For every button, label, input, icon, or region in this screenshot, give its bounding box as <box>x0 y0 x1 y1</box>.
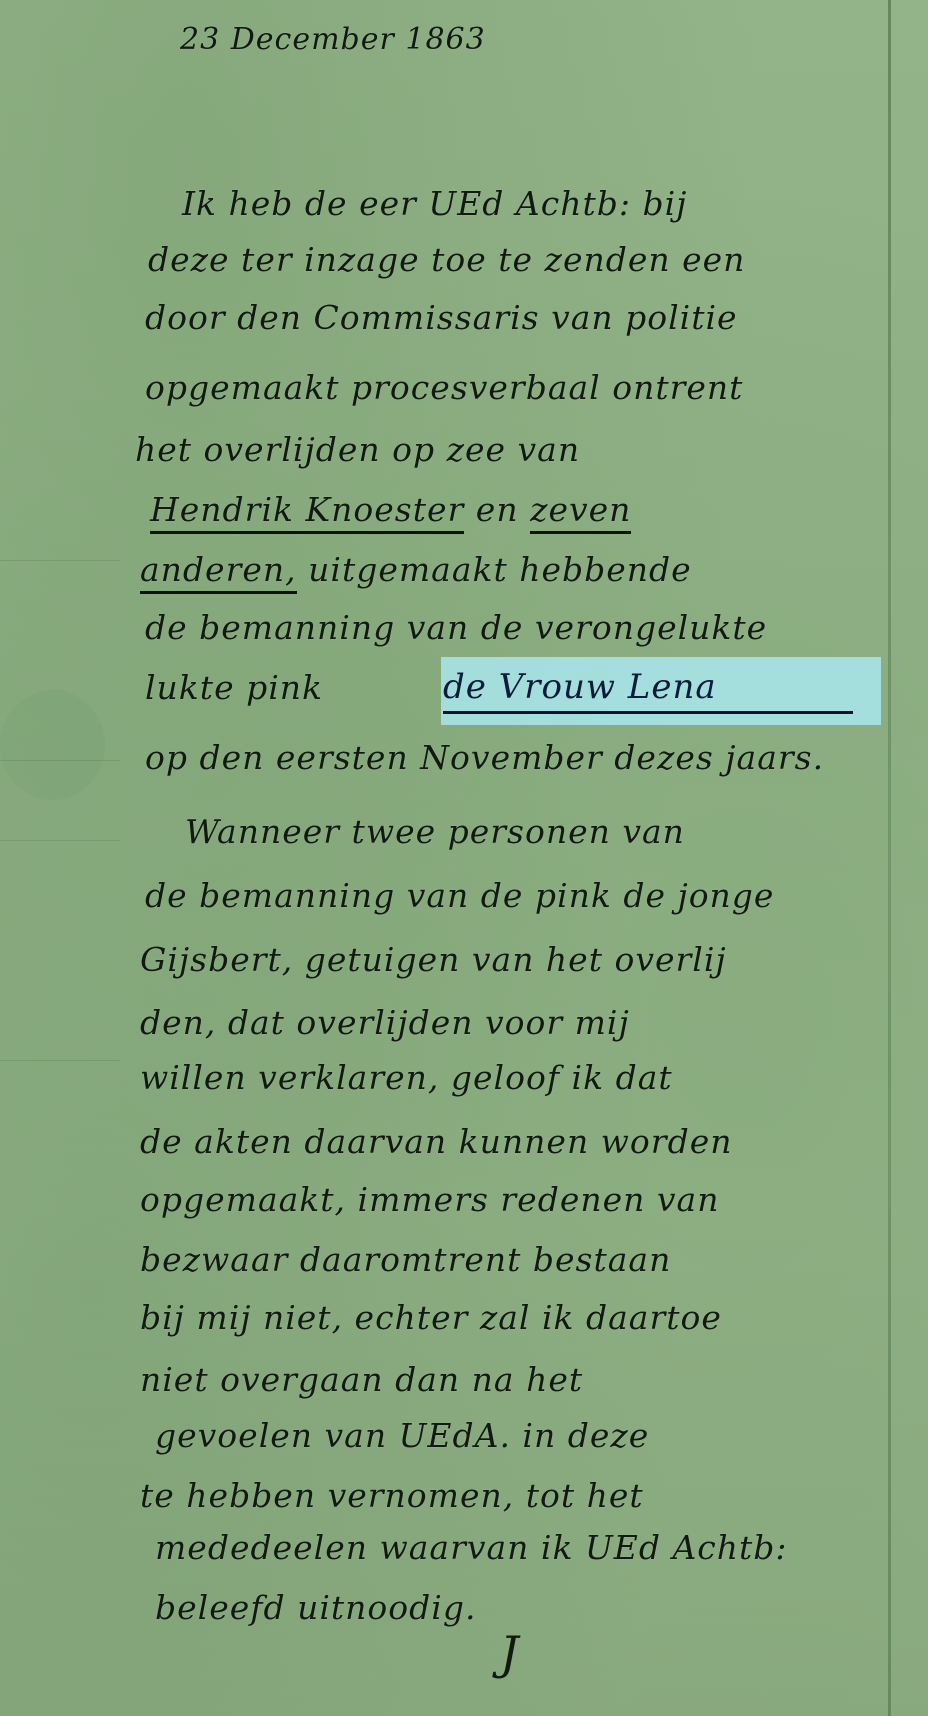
text-line: te hebben vernomen, tot het <box>140 1476 644 1515</box>
text-line: door den Commissaris van politie <box>145 298 738 337</box>
text-line-names: Hendrik Knoester en zeven <box>150 490 631 529</box>
underlined-name: Hendrik Knoester <box>150 490 464 534</box>
faint-ruled-line <box>0 760 120 761</box>
underlined-word: anderen, <box>140 550 297 594</box>
connector-text: en <box>464 490 530 529</box>
text-line: deze ter inzage toe te zenden een <box>148 240 745 279</box>
text-line: op den eersten November dezes jaars. <box>145 738 824 777</box>
text-line: Wanneer twee personen van <box>185 812 685 851</box>
text-line: de bemanning van de pink de jonge <box>145 876 774 915</box>
text-line: de akten daarvan kunnen worden <box>140 1122 732 1161</box>
faint-ruled-line <box>0 840 120 841</box>
line-continuation: uitgemaakt hebbende <box>297 550 692 589</box>
document-date: 23 December 1863 <box>180 22 486 57</box>
text-line: opgemaakt, immers redenen van <box>140 1180 719 1219</box>
text-line: de bemanning van de verongelukte <box>145 608 767 647</box>
highlighted-ship-name[interactable]: de Vrouw Lena <box>443 667 853 714</box>
text-line: beleefd uitnoodig. <box>155 1588 476 1627</box>
paper-stain <box>0 690 105 800</box>
text-line: mededeelen waarvan ik UEd Achtb: <box>155 1528 788 1567</box>
faint-ruled-line <box>0 560 120 561</box>
text-line: Ik heb de eer UEd Achtb: bij <box>182 184 687 223</box>
text-line: bezwaar daaromtrent bestaan <box>140 1240 671 1279</box>
text-line: den, dat overlijden voor mij <box>140 1003 630 1042</box>
underlined-number: zeven <box>530 490 631 534</box>
text-line: Gijsbert, getuigen van het overlij <box>140 940 727 979</box>
signature-mark: J <box>500 1626 518 1680</box>
text-line: het overlijden op zee van <box>135 430 580 469</box>
text-line: anderen, uitgemaakt hebbende <box>140 550 692 589</box>
text-line: opgemaakt procesverbaal ontrent <box>145 368 743 407</box>
paper-fold-line <box>888 0 891 1716</box>
document-page: 23 December 1863 Ik heb de eer UEd Achtb… <box>0 0 928 1716</box>
text-line: lukte pink <box>145 668 323 707</box>
text-line: bij mij niet, echter zal ik daartoe <box>140 1298 722 1337</box>
text-line: niet overgaan dan na het <box>140 1360 583 1399</box>
text-line: willen verklaren, geloof ik dat <box>140 1058 673 1097</box>
text-line: gevoelen van UEdA. in deze <box>155 1416 649 1455</box>
faint-ruled-line <box>0 1060 120 1061</box>
